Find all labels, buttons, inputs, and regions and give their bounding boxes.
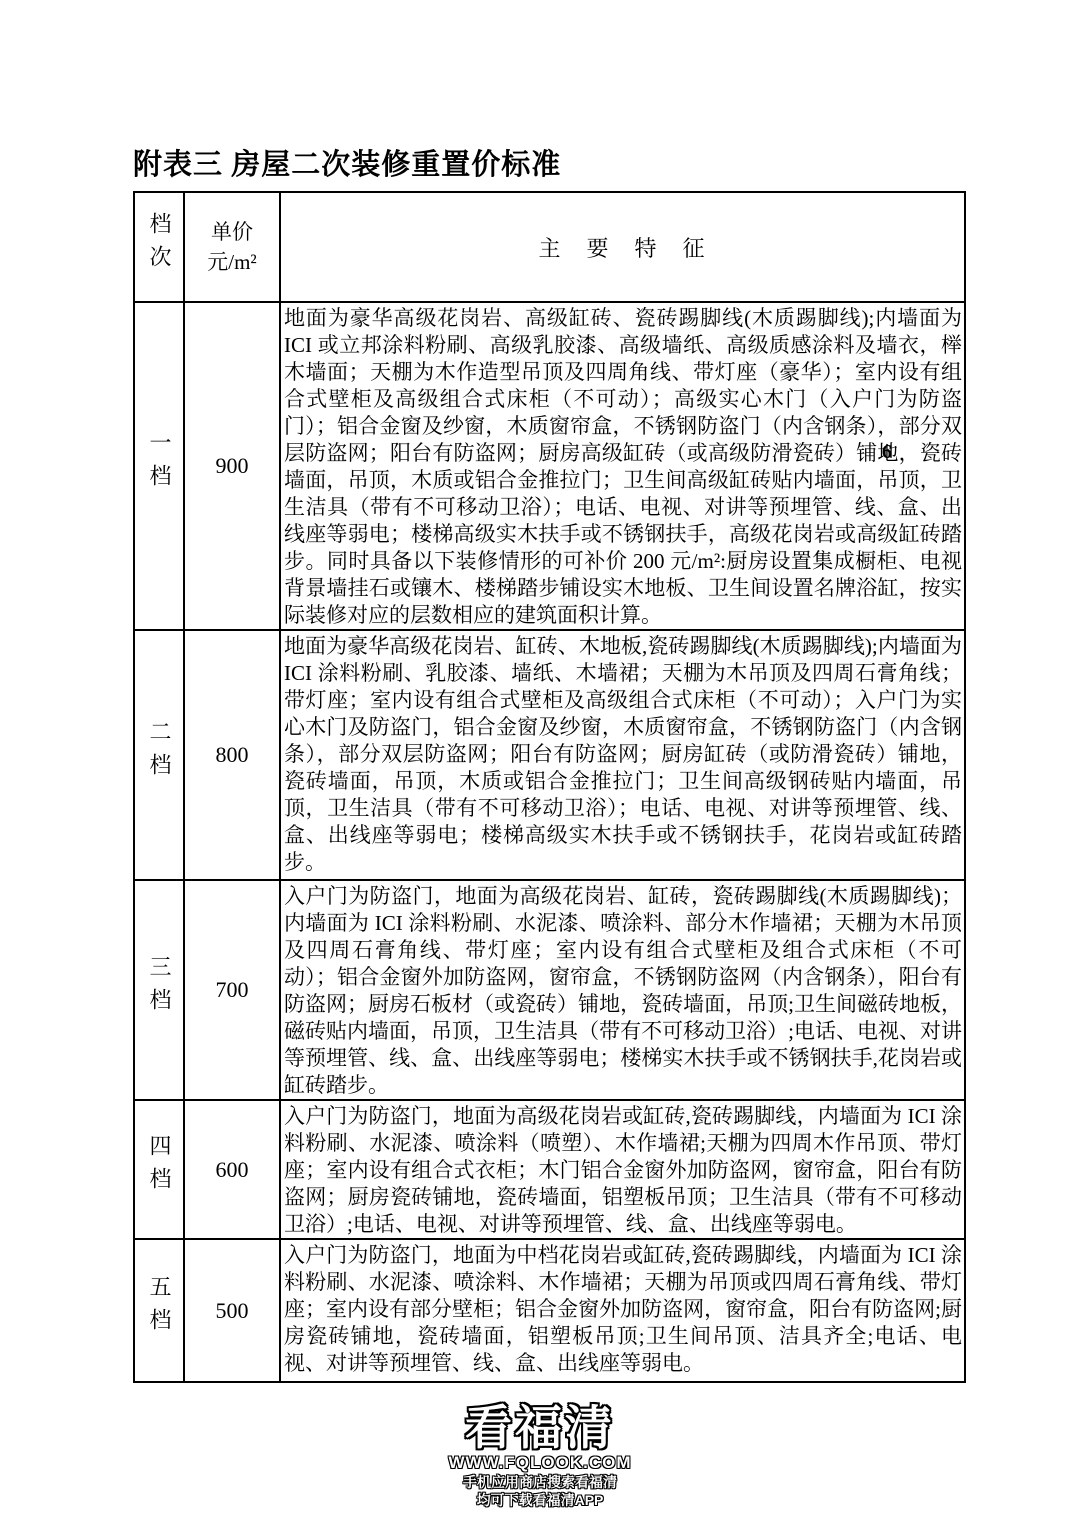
price-table: 档次 单价 元/m² 主 要 特 征 一档 900 地面为豪华高级花岗岩、高级缸… [133, 191, 966, 1383]
features-cell: 入户门为防盗门，地面为中档花岗岩或缸砖,瓷砖踢脚线，内墙面为 ICI 涂料粉刷、… [280, 1239, 965, 1382]
page-number-artifact: 6 [882, 441, 892, 464]
features-cell: 地面为豪华高级花岗岩、高级缸砖、瓷砖踢脚线(木质踢脚线);内墙面为 ICI 或立… [280, 302, 965, 630]
price-cell: 700 [184, 880, 280, 1100]
header-unit-price-line2: 元/m² [185, 247, 279, 277]
watermark-url: WWW.FQLOOK.COM [0, 1454, 1080, 1472]
table-row: 三档 700 入户门为防盗门，地面为高级花岗岩、缸砖，瓷砖踢脚线(木质踢脚线)；… [134, 880, 965, 1100]
grade-label: 五档 [148, 1275, 170, 1341]
grade-label: 二档 [148, 720, 170, 786]
grade-cell: 四档 [134, 1100, 184, 1239]
watermark-tagline-1: 手机应用商店搜索看福清 [0, 1474, 1080, 1490]
grade-cell: 一档 [134, 302, 184, 630]
header-unit-price-line1: 单价 [185, 217, 279, 247]
header-features-cell: 主 要 特 征 [280, 192, 965, 302]
document-page: 附表三 房屋二次装修重置价标准 档次 单价 元/m² 主 要 特 征 一档 [0, 0, 1080, 1527]
grade-cell: 二档 [134, 630, 184, 880]
table-row: 一档 900 地面为豪华高级花岗岩、高级缸砖、瓷砖踢脚线(木质踢脚线);内墙面为… [134, 302, 965, 630]
features-cell: 入户门为防盗门，地面为高级花岗岩或缸砖,瓷砖踢脚线，内墙面为 ICI 涂料粉刷、… [280, 1100, 965, 1239]
price-cell: 900 [184, 302, 280, 630]
table-row: 五档 500 入户门为防盗门，地面为中档花岗岩或缸砖,瓷砖踢脚线，内墙面为 IC… [134, 1239, 965, 1382]
table-row: 二档 800 地面为豪华高级花岗岩、缸砖、木地板,瓷砖踢脚线(木质踢脚线);内墙… [134, 630, 965, 880]
watermark-tagline-2: 均可下载看福清APP [0, 1492, 1080, 1508]
price-cell: 500 [184, 1239, 280, 1382]
page-title: 附表三 房屋二次装修重置价标准 [133, 142, 561, 183]
header-unit-price-cell: 单价 元/m² [184, 192, 280, 302]
features-cell: 入户门为防盗门，地面为高级花岗岩、缸砖，瓷砖踢脚线(木质踢脚线)；内墙面为 IC… [280, 880, 965, 1100]
grade-cell: 五档 [134, 1239, 184, 1382]
grade-label: 三档 [148, 955, 170, 1021]
price-cell: 800 [184, 630, 280, 880]
site-watermark: 看福清 WWW.FQLOOK.COM 手机应用商店搜索看福清 均可下载看福清AP… [0, 1402, 1080, 1508]
watermark-brand-logo: 看福清 [0, 1402, 1080, 1454]
features-cell: 地面为豪华高级花岗岩、缸砖、木地板,瓷砖踢脚线(木质踢脚线);内墙面为 ICI … [280, 630, 965, 880]
header-grade-cell: 档次 [134, 192, 184, 302]
grade-label: 一档 [148, 431, 170, 497]
table-header-row: 档次 单价 元/m² 主 要 特 征 [134, 192, 965, 302]
grade-cell: 三档 [134, 880, 184, 1100]
table-row: 四档 600 入户门为防盗门，地面为高级花岗岩或缸砖,瓷砖踢脚线，内墙面为 IC… [134, 1100, 965, 1239]
grade-label: 四档 [148, 1134, 170, 1200]
header-grade-label: 档次 [148, 212, 170, 278]
price-cell: 600 [184, 1100, 280, 1239]
